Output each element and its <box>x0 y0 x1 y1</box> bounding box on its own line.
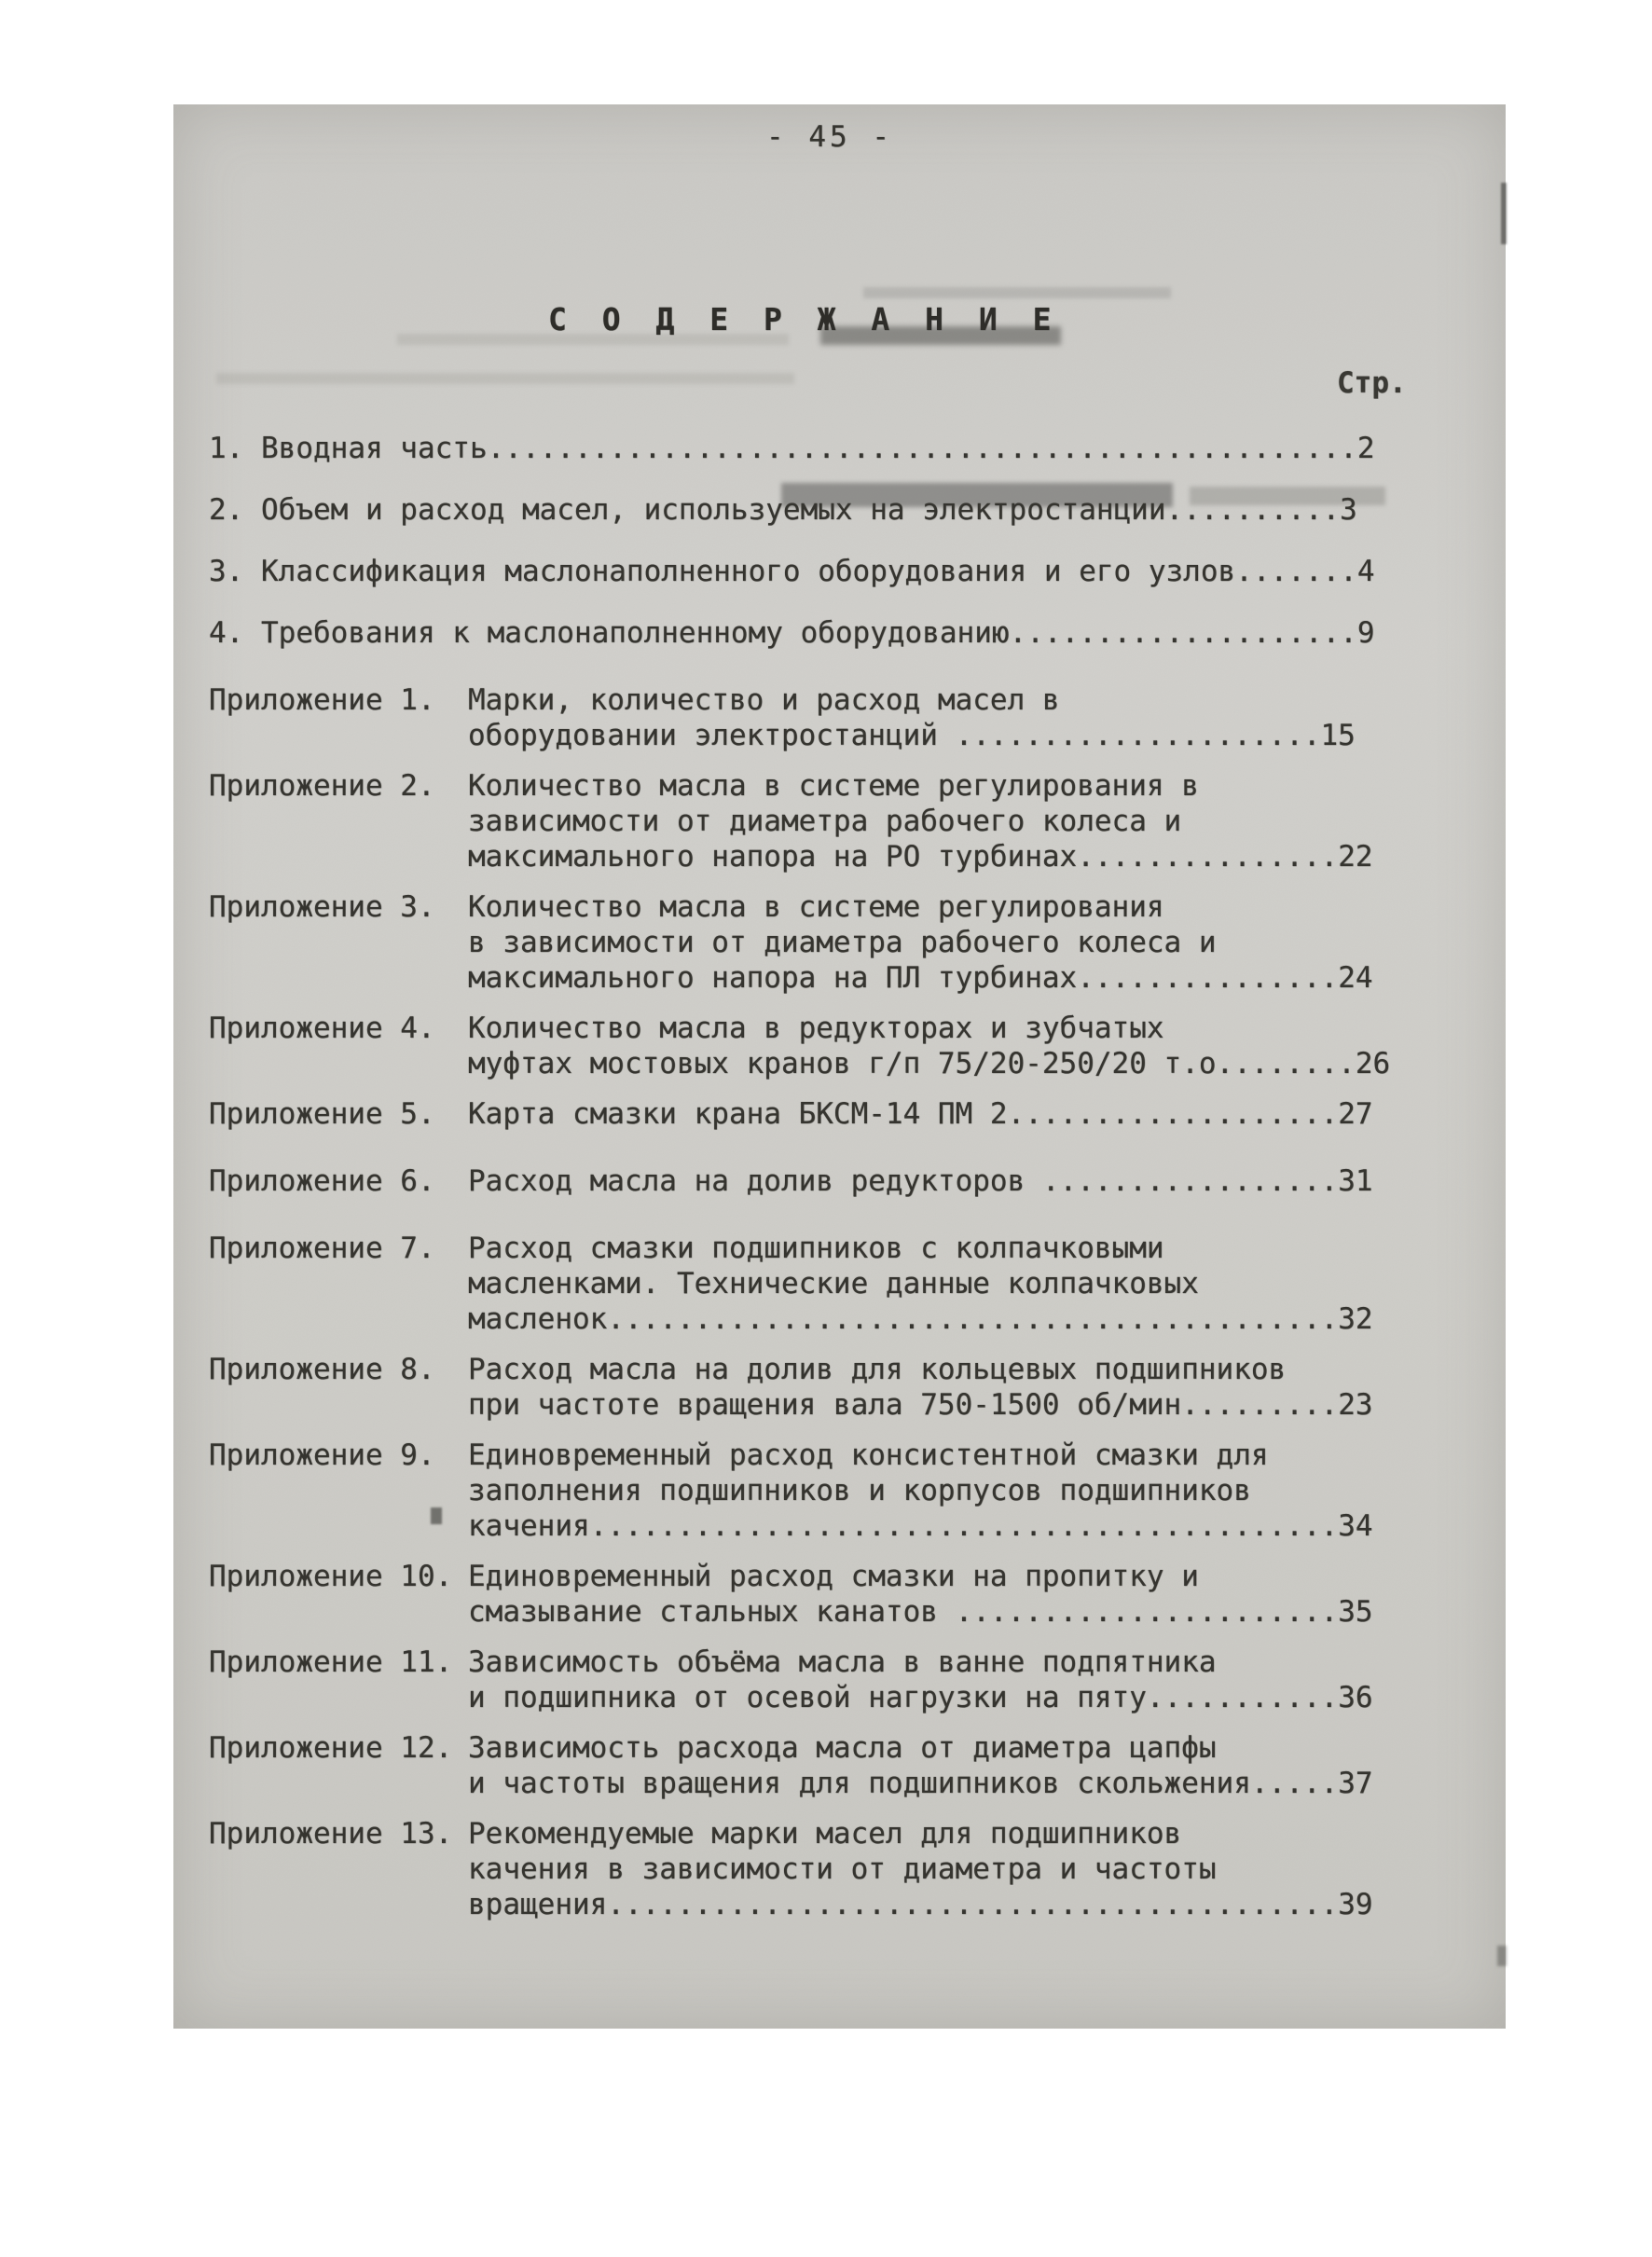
toc-entry-line: и частоты вращения для подшипников сколь… <box>468 1766 1407 1801</box>
toc-entry-line: Зависимость объёма масла в ванне подпятн… <box>468 1645 1407 1680</box>
toc-entry-description: Единовременный расход смазки на пропитку… <box>468 1559 1407 1630</box>
toc-entry-line: муфтах мостовых кранов г/п 75/20-250/20 … <box>468 1046 1407 1081</box>
toc-entry-text: и подшипника от осевой нагрузки на пяту.… <box>468 1681 1338 1714</box>
toc-entry-page: 31 <box>1338 1164 1372 1198</box>
toc-entry-text: Карта смазки крана БКСМ-14 ПМ 2.........… <box>468 1097 1338 1131</box>
toc-entry-page: 9 <box>1357 616 1375 650</box>
document-title: С О Д Е Р Ж А Н И Е <box>548 302 1060 337</box>
toc-entry-page: 22 <box>1338 840 1372 874</box>
toc-entry-text: муфтах мостовых кранов г/п 75/20-250/20 … <box>468 1047 1356 1080</box>
table-of-contents: 1. Вводная часть........................… <box>209 431 1407 1937</box>
toc-entry-text: Расход масла на долив редукторов .......… <box>468 1164 1338 1198</box>
toc-entry-text: максимального напора на РО турбинах.....… <box>468 840 1338 874</box>
toc-entry-line: в зависимости от диаметра рабочего колес… <box>468 925 1407 960</box>
toc-entry-text: максимального напора на ПЛ турбинах.....… <box>468 961 1338 995</box>
toc-entry-text: Объем и расход масел, используемых на эл… <box>261 493 1340 527</box>
toc-entry-number: 2. <box>209 493 261 527</box>
toc-entry-text: Классификация маслонаполненного оборудов… <box>261 555 1357 588</box>
toc-entry-text: Требования к маслонаполненному оборудова… <box>261 616 1357 650</box>
toc-entry: Приложение 7.Расход смазки подшипников с… <box>209 1231 1407 1337</box>
toc-entry-number: 3. <box>209 555 261 588</box>
scan-edge-mark <box>1497 1946 1507 1966</box>
toc-entry-text: вращения................................… <box>468 1888 1338 1921</box>
toc-entry-label: Приложение 4. <box>209 1011 468 1081</box>
page-column-header: Стр. <box>1337 365 1407 401</box>
toc-entry-text: Вводная часть...........................… <box>261 432 1357 465</box>
toc-entry: Приложение 13.Рекомендуемые марки масел … <box>209 1816 1407 1922</box>
toc-entry-label: Приложение 9. <box>209 1438 468 1544</box>
toc-entry-line: Единовременный расход консистентной смаз… <box>468 1438 1407 1473</box>
toc-entry: Приложение 11.Зависимость объёма масла в… <box>209 1645 1407 1715</box>
toc-entry-description: Количество масла в редукторах и зубчатых… <box>468 1011 1407 1081</box>
toc-entry-line: зависимости от диаметра рабочего колеса … <box>468 804 1407 839</box>
toc-entry-description: Расход масла на долив для кольцевых подш… <box>468 1352 1407 1423</box>
toc-entry-label: Приложение 8. <box>209 1352 468 1423</box>
toc-entry: Приложение 3.Количество масла в системе … <box>209 889 1407 996</box>
ink-bleed-smudge <box>216 373 794 384</box>
toc-entry-label: Приложение 10. <box>209 1559 468 1630</box>
toc-entry: 4. Требования к маслонаполненному оборуд… <box>209 615 1407 651</box>
toc-entry: Приложение 1.Марки, количество и расход … <box>209 682 1407 753</box>
toc-entry-text: и частоты вращения для подшипников сколь… <box>468 1767 1338 1800</box>
toc-entry-page: 36 <box>1338 1681 1372 1714</box>
ink-bleed-smudge <box>863 287 1171 298</box>
toc-entry-line: заполнения подшипников и корпусов подшип… <box>468 1473 1407 1508</box>
toc-entry-label: Приложение 2. <box>209 768 468 874</box>
toc-entry: Приложение 4.Количество масла в редуктор… <box>209 1011 1407 1081</box>
toc-entry-line: Расход смазки подшипников с колпачковыми <box>468 1231 1407 1266</box>
toc-entry: Приложение 12.Зависимость расхода масла … <box>209 1730 1407 1801</box>
toc-entry-description: Марки, количество и расход масел воборуд… <box>468 682 1407 753</box>
toc-entry-line: смазывание стальных канатов ............… <box>468 1594 1407 1630</box>
toc-entry-page: 26 <box>1356 1047 1390 1080</box>
toc-entry: Приложение 10.Единовременный расход смаз… <box>209 1559 1407 1630</box>
toc-entry-page: 34 <box>1338 1509 1372 1543</box>
toc-entry-label: Приложение 12. <box>209 1730 468 1801</box>
toc-entry-line: и подшипника от осевой нагрузки на пяту.… <box>468 1680 1407 1715</box>
toc-entry-label: Приложение 11. <box>209 1645 468 1715</box>
toc-entry-line: Карта смазки крана БКСМ-14 ПМ 2.........… <box>468 1096 1407 1132</box>
toc-entry-description: Расход смазки подшипников с колпачковыми… <box>468 1231 1407 1337</box>
toc-entry-line: Расход масла на долив редукторов .......… <box>468 1163 1407 1199</box>
toc-entry-number: 4. <box>209 616 261 650</box>
toc-entry-line: качения.................................… <box>468 1508 1407 1544</box>
toc-entry-line: Единовременный расход смазки на пропитку… <box>468 1559 1407 1594</box>
toc-entry-number: 1. <box>209 432 261 465</box>
toc-entry-line: Рекомендуемые марки масел для подшипнико… <box>468 1816 1407 1851</box>
toc-entry-line: масленок................................… <box>468 1301 1407 1337</box>
toc-entry-label: Приложение 6. <box>209 1163 468 1199</box>
toc-entry-line: оборудовании электростанций ............… <box>468 718 1407 753</box>
toc-entry-line: Количество масла в системе регулирования… <box>468 768 1407 804</box>
toc-entry: 3. Классификация маслонаполненного обору… <box>209 554 1407 589</box>
toc-entry-page: 4 <box>1357 555 1375 588</box>
toc-entry-line: Расход масла на долив для кольцевых подш… <box>468 1352 1407 1387</box>
toc-entry-line: качения в зависимости от диаметра и част… <box>468 1851 1407 1887</box>
toc-entry-page: 24 <box>1338 961 1372 995</box>
toc-entry-text: при частоте вращения вала 750-1500 об/ми… <box>468 1388 1338 1422</box>
toc-entry-description: Единовременный расход консистентной смаз… <box>468 1438 1407 1544</box>
toc-entry-label: Приложение 3. <box>209 889 468 996</box>
toc-entry-description: Зависимость объёма масла в ванне подпятн… <box>468 1645 1407 1715</box>
toc-entry-line: вращения................................… <box>468 1887 1407 1922</box>
toc-entry-page: 23 <box>1338 1388 1372 1422</box>
toc-entry-page: 37 <box>1338 1767 1372 1800</box>
toc-entry-page: 39 <box>1338 1888 1372 1921</box>
toc-entry: 1. Вводная часть........................… <box>209 431 1407 466</box>
toc-entry-line: масленками. Технические данные колпачков… <box>468 1266 1407 1301</box>
toc-entry-page: 2 <box>1357 432 1375 465</box>
toc-entry-page: 32 <box>1338 1302 1372 1336</box>
toc-entry: Приложение 5.Карта смазки крана БКСМ-14 … <box>209 1096 1407 1132</box>
toc-entry: 2. Объем и расход масел, используемых на… <box>209 492 1407 528</box>
toc-entry-label: Приложение 5. <box>209 1096 468 1132</box>
toc-entry-description: Зависимость расхода масла от диаметра ца… <box>468 1730 1407 1801</box>
toc-entry-line: Зависимость расхода масла от диаметра ца… <box>468 1730 1407 1766</box>
page-number: - 45 - <box>766 119 893 155</box>
toc-entry-text: качения.................................… <box>468 1509 1338 1543</box>
toc-entry-page: 15 <box>1321 719 1356 752</box>
toc-entry-line: Количество масла в системе регулирования <box>468 889 1407 925</box>
toc-entry-label: Приложение 7. <box>209 1231 468 1337</box>
toc-entry: Приложение 9.Единовременный расход конси… <box>209 1438 1407 1544</box>
toc-entry-page: 35 <box>1338 1595 1372 1629</box>
toc-entry-description: Количество масла в системе регулирования… <box>468 889 1407 996</box>
toc-entry-line: при частоте вращения вала 750-1500 об/ми… <box>468 1387 1407 1423</box>
scanned-document-page: - 45 - С О Д Е Р Ж А Н И Е Стр. 1. Вводн… <box>173 104 1506 2029</box>
toc-entry: Приложение 6.Расход масла на долив редук… <box>209 1163 1407 1199</box>
toc-entry-line: Марки, количество и расход масел в <box>468 682 1407 718</box>
toc-entry-text: смазывание стальных канатов ............… <box>468 1595 1338 1629</box>
toc-entry: Приложение 8.Расход масла на долив для к… <box>209 1352 1407 1423</box>
toc-entry: Приложение 2.Количество масла в системе … <box>209 768 1407 874</box>
toc-entry-label: Приложение 13. <box>209 1816 468 1922</box>
scan-edge-mark <box>1501 183 1507 244</box>
toc-entry-page: 3 <box>1340 493 1357 527</box>
toc-entry-label: Приложение 1. <box>209 682 468 753</box>
toc-entry-description: Расход масла на долив редукторов .......… <box>468 1163 1407 1199</box>
toc-entry-text: оборудовании электростанций ............… <box>468 719 1321 752</box>
toc-entry-description: Карта смазки крана БКСМ-14 ПМ 2.........… <box>468 1096 1407 1132</box>
toc-entry-description: Рекомендуемые марки масел для подшипнико… <box>468 1816 1407 1922</box>
toc-entry-line: Количество масла в редукторах и зубчатых <box>468 1011 1407 1046</box>
toc-entry-text: масленок................................… <box>468 1302 1338 1336</box>
toc-entry-line: максимального напора на ПЛ турбинах.....… <box>468 960 1407 996</box>
toc-entry-page: 27 <box>1338 1097 1372 1131</box>
toc-entry-description: Количество масла в системе регулирования… <box>468 768 1407 874</box>
toc-entry-line: максимального напора на РО турбинах.....… <box>468 839 1407 874</box>
